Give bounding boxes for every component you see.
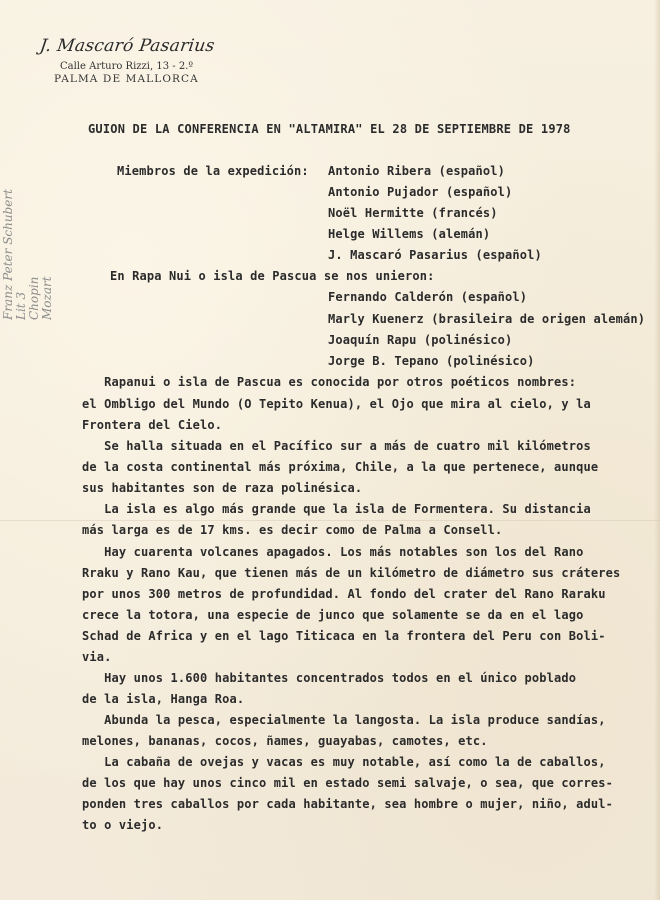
body-line: el Ombligo del Mundo (O Tepito Kenua), e…: [82, 397, 591, 411]
body-line: de la costa continental más próxima, Chi…: [82, 460, 598, 474]
paper-fold: [0, 520, 660, 521]
body-line: Hay cuarenta volcanes apagados. Los más …: [82, 545, 583, 559]
handwritten-margin-note: Franz Peter Schubert Lit 3 Chopin Mozart: [2, 189, 54, 320]
body-line: Rapanui o isla de Pascua es conocida por…: [82, 375, 576, 389]
member-item: J. Mascaró Pasarius (español): [328, 248, 542, 262]
body-line: Schad de Africa y en el lago Titicaca en…: [82, 629, 606, 643]
letterhead-name: J. Mascaró Pasarius: [39, 36, 216, 56]
body-line: de los que hay unos cinco mil en estado …: [82, 776, 613, 790]
members-label: Miembros de la expedición:: [117, 164, 309, 178]
joined-label: En Rapa Nui o isla de Pascua se nos unie…: [110, 269, 434, 283]
member-item: Antonio Ribera (español): [328, 164, 505, 178]
body-line: Frontera del Cielo.: [82, 418, 222, 432]
body-line: Hay unos 1.600 habitantes concentrados t…: [82, 671, 576, 685]
letterhead-address: Calle Arturo Rizzi, 13 - 2.º: [60, 61, 193, 72]
body-line: La isla es algo más grande que la isla d…: [82, 502, 591, 516]
body-line: to o viejo.: [82, 818, 163, 832]
member-item: Antonio Pujador (español): [328, 185, 512, 199]
body-line: sus habitantes son de raza polinésica.: [82, 481, 362, 495]
body-line: melones, bananas, cocos, ñames, guayabas…: [82, 734, 488, 748]
body-line: crece la totora, una especie de junco qu…: [82, 608, 583, 622]
body-line: más larga es de 17 kms. es decir como de…: [82, 523, 502, 537]
body-line: La cabaña de ovejas y vacas es muy notab…: [82, 755, 606, 769]
joined-member-item: Joaquín Rapu (polinésico): [328, 333, 512, 347]
body-line: Abunda la pesca, especialmente la langos…: [82, 713, 606, 727]
joined-member-item: Marly Kuenerz (brasileira de origen alem…: [328, 312, 645, 326]
body-line: ponden tres caballos por cada habitante,…: [82, 797, 613, 811]
body-line: Se halla situada en el Pacífico sur a má…: [82, 439, 591, 453]
body-line: Rraku y Rano Kau, que tienen más de un k…: [82, 566, 620, 580]
member-item: Noël Hermitte (francés): [328, 206, 498, 220]
body-line: via.: [82, 650, 112, 664]
joined-member-item: Fernando Calderón (español): [328, 290, 527, 304]
margin-note-line: Mozart: [41, 189, 54, 320]
body-line: por unos 300 metros de profundidad. Al f…: [82, 587, 606, 601]
letterhead-city: PALMA DE MALLORCA: [54, 73, 199, 85]
joined-member-item: Jorge B. Tepano (polinésico): [328, 354, 535, 368]
document-title: GUION DE LA CONFERENCIA EN "ALTAMIRA" EL…: [88, 122, 571, 136]
body-line: de la isla, Hanga Roa.: [82, 692, 244, 706]
member-item: Helge Willems (alemán): [328, 227, 490, 241]
paper-edge: [654, 0, 660, 900]
